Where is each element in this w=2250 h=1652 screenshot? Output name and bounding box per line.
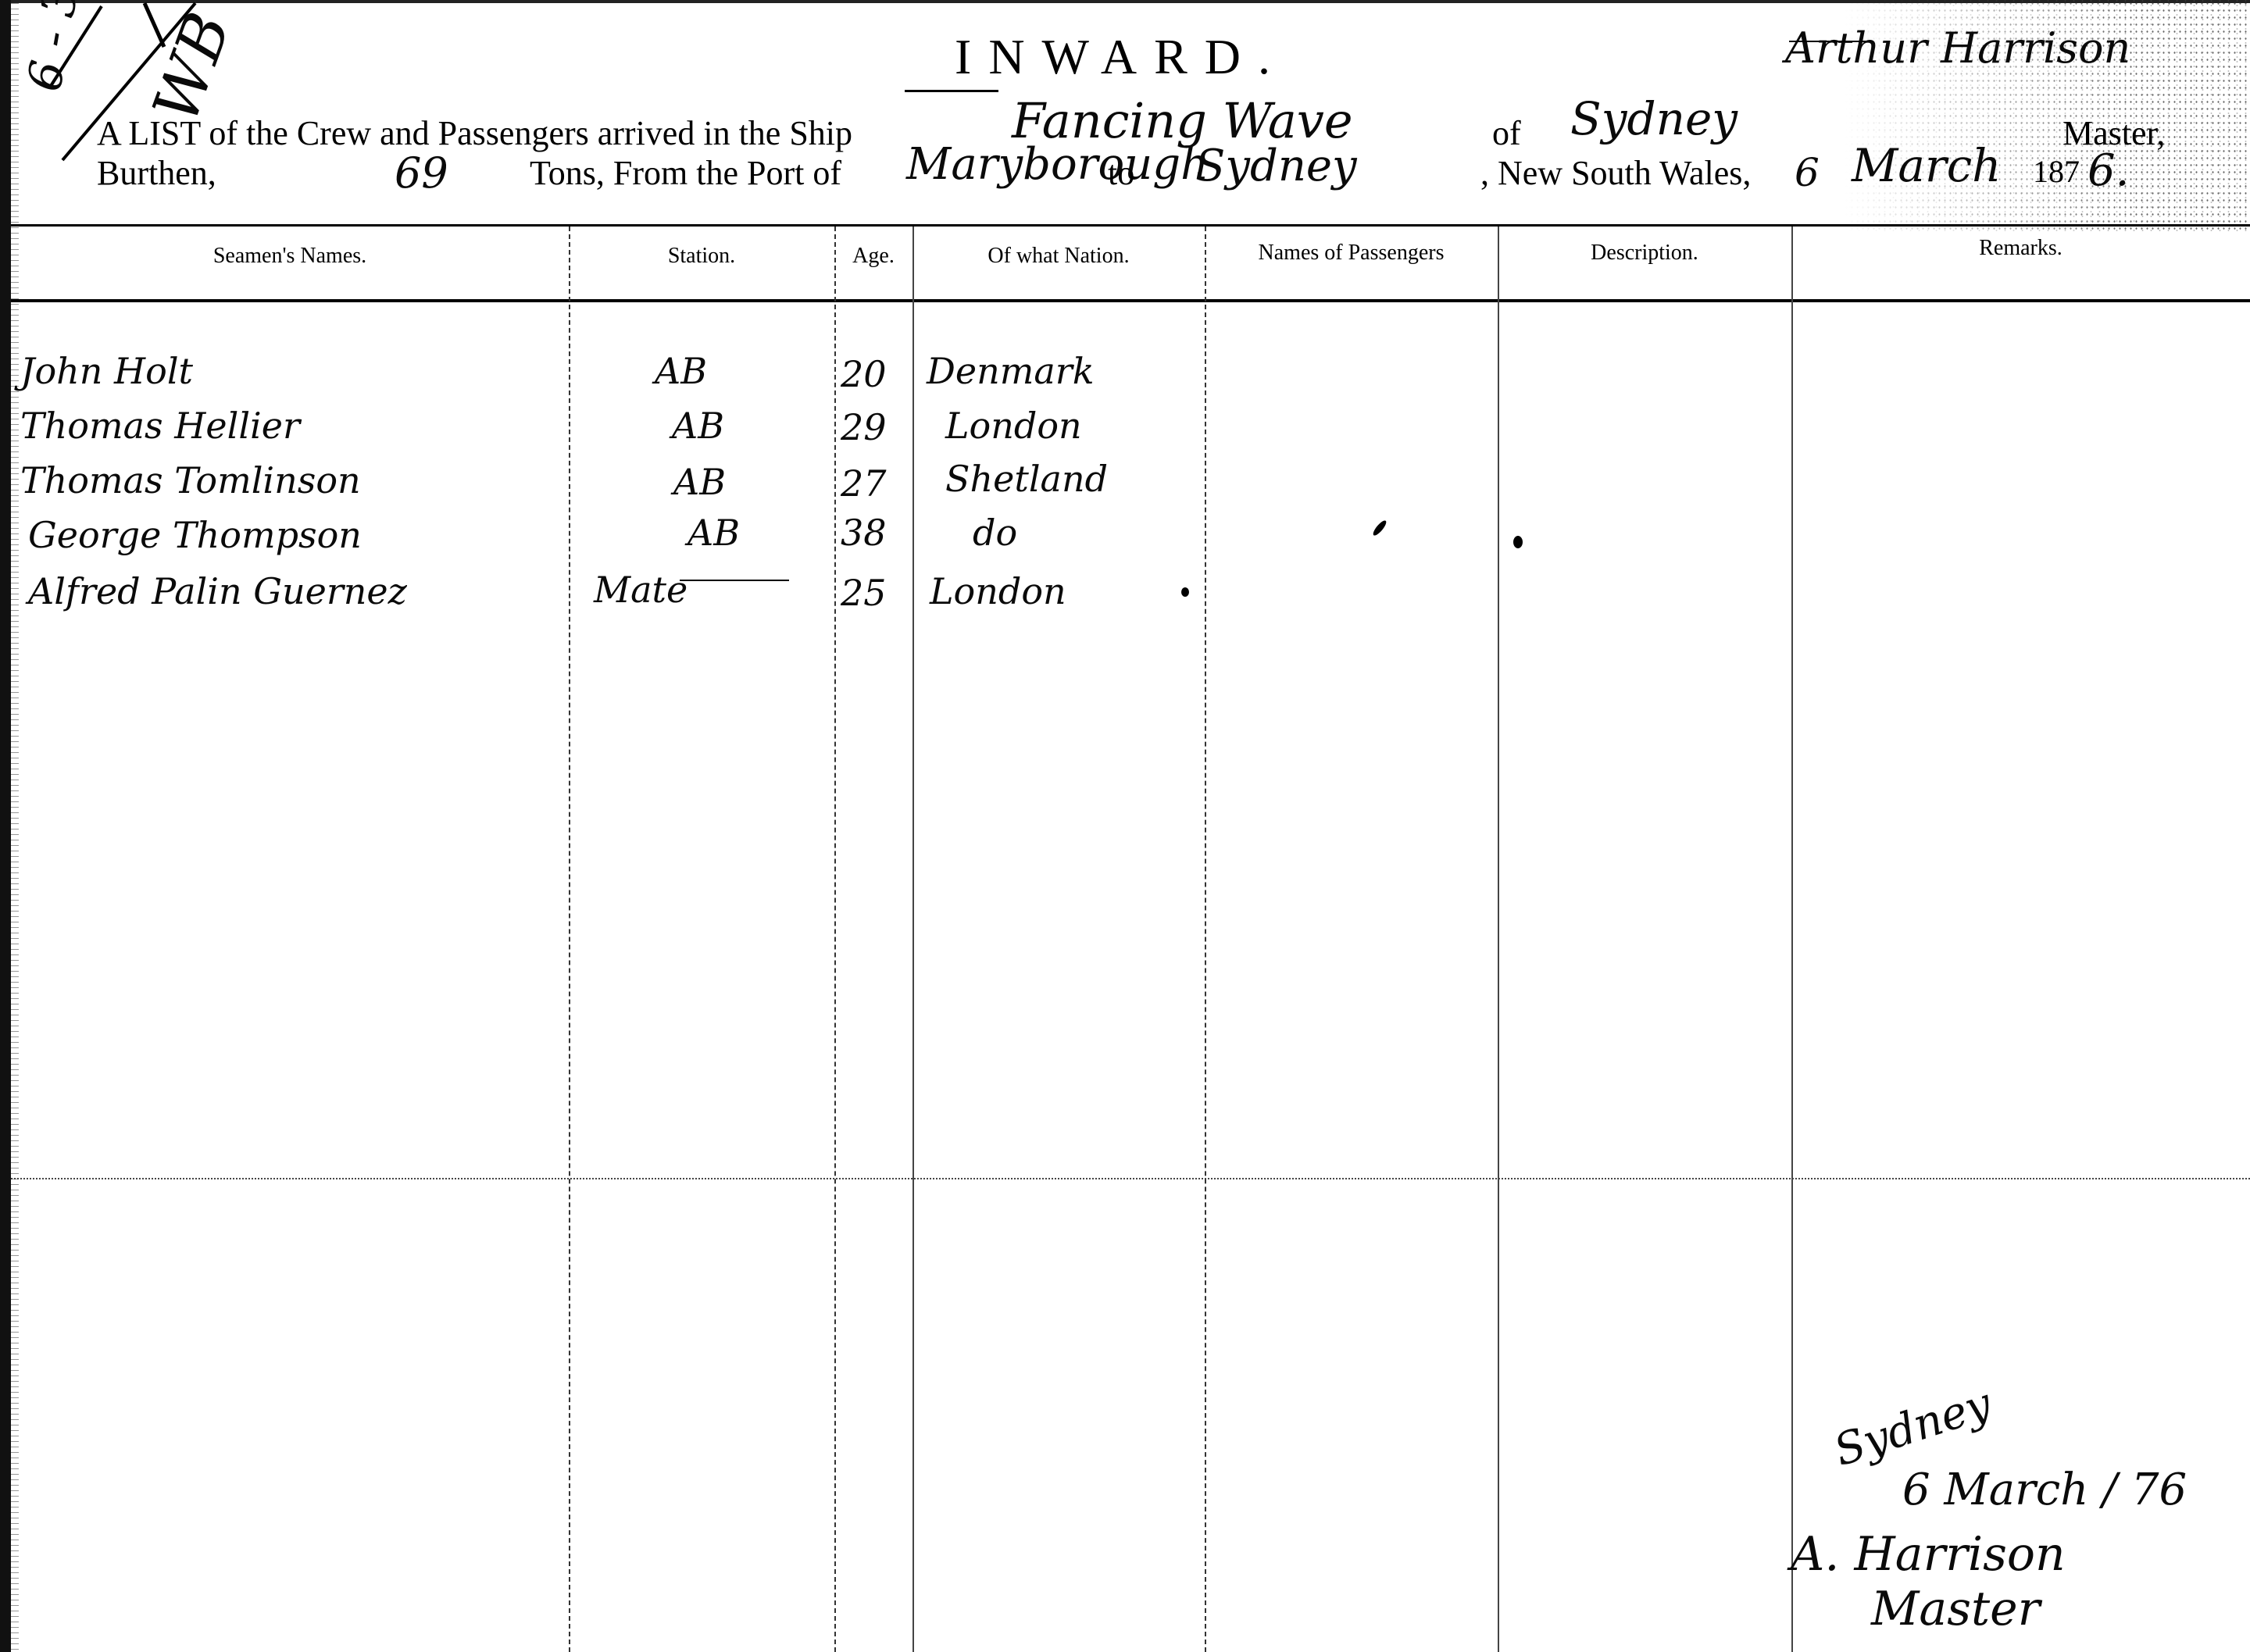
column-divider-5	[1498, 227, 1499, 1652]
seaman-age: 38	[841, 512, 887, 554]
seaman-nation: Denmark	[927, 350, 1095, 392]
seaman-name: George Thompson	[28, 514, 362, 556]
seaman-nation: do	[973, 512, 1017, 554]
ink-blot	[1513, 536, 1523, 548]
seaman-age: 29	[841, 406, 887, 448]
home-port: Sydney	[1570, 92, 1737, 145]
ship-name-underline	[905, 90, 998, 92]
seaman-name: Thomas Hellier	[20, 405, 300, 447]
master-name: Arthur Harrison	[1785, 23, 2130, 73]
page-fold-dotted-rule	[11, 1178, 2250, 1179]
seaman-age: 25	[841, 572, 887, 614]
column-header-seamens-names: Seamen's Names.	[11, 244, 569, 269]
scan-border-left	[0, 0, 11, 1652]
column-divider-6	[1791, 227, 1793, 1652]
seaman-name: Thomas Tomlinson	[20, 459, 361, 501]
seaman-nation: Shetland	[945, 458, 1108, 500]
arrival-day: 6	[1795, 150, 1820, 195]
year-suffix: 6.	[2087, 145, 2129, 196]
seaman-nation: London	[945, 405, 1082, 447]
page-title: INWARD.	[955, 28, 1287, 86]
column-divider-2	[834, 227, 836, 1652]
tonnage-value: 69	[395, 148, 448, 198]
to-port: Sydney	[1195, 141, 1357, 191]
signature-date: 6 March / 76	[1902, 1465, 2187, 1515]
table-top-rule	[11, 224, 2250, 227]
new-south-wales-label: , New South Wales,	[1480, 153, 1751, 193]
signature-place: Sydney	[1828, 1379, 1998, 1477]
column-divider-1	[569, 227, 570, 1652]
column-header-nation: Of what Nation.	[912, 244, 1205, 269]
seaman-station: AB	[672, 405, 724, 447]
seaman-station: AB	[687, 512, 740, 554]
tons-from-port-label: Tons, From the Port of	[530, 153, 841, 193]
from-port: Maryborough	[906, 139, 1209, 190]
column-header-passenger-names: Names of Passengers	[1205, 241, 1498, 266]
seaman-nation: London	[930, 570, 1066, 612]
column-header-description: Description.	[1498, 241, 1791, 266]
ink-blot	[1371, 519, 1388, 537]
column-header-age: Age.	[834, 244, 912, 269]
list-heading-text: A LIST of the Crew and Passengers arrive…	[97, 113, 852, 153]
inward-crew-list-page: 6 - 3 WB INWARD. Arthur Harrison A LIST …	[0, 0, 2250, 1652]
seaman-station: AB	[655, 350, 707, 392]
arrival-month: March	[1852, 139, 2002, 192]
master-name-strike	[1789, 41, 1871, 42]
signature-name: A. Harrison	[1791, 1527, 2066, 1582]
seaman-station: Mate	[594, 569, 687, 611]
station-stroke	[680, 580, 789, 581]
to-label: to	[1108, 153, 1134, 193]
seaman-age: 27	[841, 462, 887, 505]
seaman-station: AB	[673, 461, 726, 503]
column-header-station: Station.	[569, 244, 834, 269]
signature-title: Master	[1871, 1582, 2040, 1636]
ink-blot	[1181, 587, 1189, 597]
seaman-age: 20	[841, 353, 887, 395]
of-label: of	[1492, 113, 1521, 153]
column-divider-3	[912, 227, 914, 1652]
seaman-name: Alfred Palin Guernez	[28, 570, 407, 612]
header-bottom-rule	[11, 299, 2250, 302]
year-prefix: 187	[2033, 153, 2080, 190]
seaman-name: John Holt	[20, 350, 193, 392]
column-header-remarks: Remarks.	[1791, 236, 2250, 261]
burthen-label: Burthen,	[97, 153, 216, 193]
column-divider-4	[1205, 227, 1206, 1652]
